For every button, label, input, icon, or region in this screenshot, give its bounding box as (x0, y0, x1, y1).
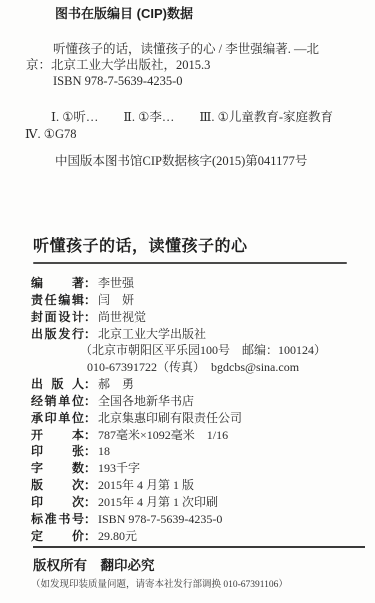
cip-header: 图书在版编目 (CIP)数据 (55, 6, 193, 22)
colophon-continuation-row: 010-67391722（传真） bgdcbs@sina.com (31, 359, 361, 376)
colophon-value: 787毫米×1092毫米 1/16 (98, 428, 228, 442)
colophon-value: 193千字 (98, 461, 140, 475)
colophon-label-colon: ： (84, 377, 96, 391)
colophon-label: 出版发行 (31, 326, 84, 343)
colophon-value: 李世强 (98, 276, 134, 290)
colophon-row: 定价：29.80元 (31, 528, 361, 545)
colophon-label-colon: ： (84, 293, 96, 307)
copyright-page: 图书在版编目 (CIP)数据 听懂孩子的话，读懂孩子的心 / 李世强编著. —北… (0, 0, 375, 603)
colophon-label-colon: ： (84, 411, 96, 425)
colophon-row: 出版发行：北京工业大学出版社 (31, 326, 361, 343)
colophon-value: 北京集惠印刷有限责任公司 (98, 411, 242, 425)
quality-exchange-note: （如发现印装质量问题，请寄本社发行部调换 010-67391106） (31, 579, 288, 591)
colophon-label-colon: ： (84, 444, 96, 458)
colophon-row: 开本：787毫米×1092毫米 1/16 (31, 427, 361, 444)
colophon-value: ISBN 978-7-5639-4235-0 (98, 512, 222, 526)
colophon-row: 封面设计：尚世视觉 (31, 309, 361, 326)
colophon-label: 承印单位 (31, 410, 84, 427)
colophon-label: 出版人 (31, 376, 84, 393)
colophon-value: （北京市朝阳区平乐园100号 邮编：100124） (80, 343, 326, 357)
colophon-value: 010-67391722（传真） bgdcbs@sina.com (87, 360, 299, 374)
colophon-label: 定价 (31, 528, 84, 545)
divider-rule-top (33, 262, 347, 264)
colophon-label: 印张 (31, 443, 84, 460)
colophon-value: 北京工业大学出版社 (98, 327, 206, 341)
colophon-label: 责任编辑 (31, 292, 84, 309)
cip-record-number: 中国版本图书馆CIP数据核字(2015)第041177号 (55, 153, 307, 169)
colophon-row: 印次：2015年 4 月第 1 次印刷 (31, 494, 361, 511)
cip-entry-paragraph: 听懂孩子的话，读懂孩子的心 / 李世强编著. —北 京：北京工业大学出版社，20… (26, 42, 361, 89)
cip-classification: Ⅰ. ①听… Ⅱ. ①李… Ⅲ. ①儿童教育-家庭教育 Ⅳ. ①G78 (25, 109, 360, 143)
colophon-row: 编著：李世强 (31, 275, 361, 292)
cip-entry-line-3: ISBN 978-7-5639-4235-0 (26, 74, 361, 90)
colophon-label: 版次 (31, 477, 84, 494)
book-title: 听懂孩子的话，读懂孩子的心 (33, 237, 248, 257)
colophon-continuation-row: （北京市朝阳区平乐园100号 邮编：100124） (31, 342, 361, 359)
colophon-label-colon: ： (84, 495, 96, 509)
colophon-label: 印次 (31, 494, 84, 511)
colophon-label: 字数 (31, 460, 84, 477)
colophon-row: 出版人：郝 勇 (31, 376, 361, 393)
colophon-label-colon: ： (84, 512, 96, 526)
colophon-label-colon: ： (84, 327, 96, 341)
colophon-value: 2015年 4 月第 1 版 (98, 478, 194, 492)
colophon-value: 29.80元 (98, 529, 137, 543)
colophon-label-colon: ： (84, 428, 96, 442)
colophon-row: 字数：193千字 (31, 460, 361, 477)
colophon-label-colon: ： (84, 529, 96, 543)
cip-entry-line-2: 京：北京工业大学出版社，2015.3 (26, 58, 361, 74)
colophon-label-colon: ： (84, 276, 96, 290)
colophon-label: 编著 (31, 275, 84, 292)
colophon-label-colon: ： (84, 310, 96, 324)
colophon-list: 编著：李世强责任编辑：闫 妍封面设计：尚世视觉出版发行：北京工业大学出版社（北京… (31, 275, 361, 545)
colophon-label: 封面设计 (31, 309, 84, 326)
colophon-label-colon: ： (84, 461, 96, 475)
colophon-value: 闫 妍 (98, 293, 134, 307)
colophon-label: 开本 (31, 427, 84, 444)
colophon-row: 责任编辑：闫 妍 (31, 292, 361, 309)
colophon-label: 标准书号 (31, 511, 84, 528)
colophon-value: 18 (98, 444, 110, 458)
colophon-row: 标准书号：ISBN 978-7-5639-4235-0 (31, 511, 361, 528)
cip-entry-line-1: 听懂孩子的话，读懂孩子的心 / 李世强编著. —北 (26, 42, 361, 58)
colophon-label: 经销单位 (31, 393, 84, 410)
colophon-row: 印张：18 (31, 443, 361, 460)
colophon-row: 经销单位：全国各地新华书店 (31, 393, 361, 410)
colophon-value: 全国各地新华书店 (98, 394, 194, 408)
cip-class-line-1: Ⅰ. ①听… Ⅱ. ①李… Ⅲ. ①儿童教育-家庭教育 (25, 109, 360, 126)
colophon-label-colon: ： (84, 394, 96, 408)
colophon-row: 版次：2015年 4 月第 1 版 (31, 477, 361, 494)
colophon-value: 2015年 4 月第 1 次印刷 (98, 495, 218, 509)
divider-rule-bottom (33, 546, 365, 548)
copyright-notice: 版权所有 翻印必究 (33, 557, 155, 574)
colophon-label-colon: ： (84, 478, 96, 492)
cip-class-line-2: Ⅳ. ①G78 (25, 126, 360, 143)
colophon-value: 尚世视觉 (98, 310, 146, 324)
colophon-value: 郝 勇 (98, 377, 134, 391)
colophon-row: 承印单位：北京集惠印刷有限责任公司 (31, 410, 361, 427)
